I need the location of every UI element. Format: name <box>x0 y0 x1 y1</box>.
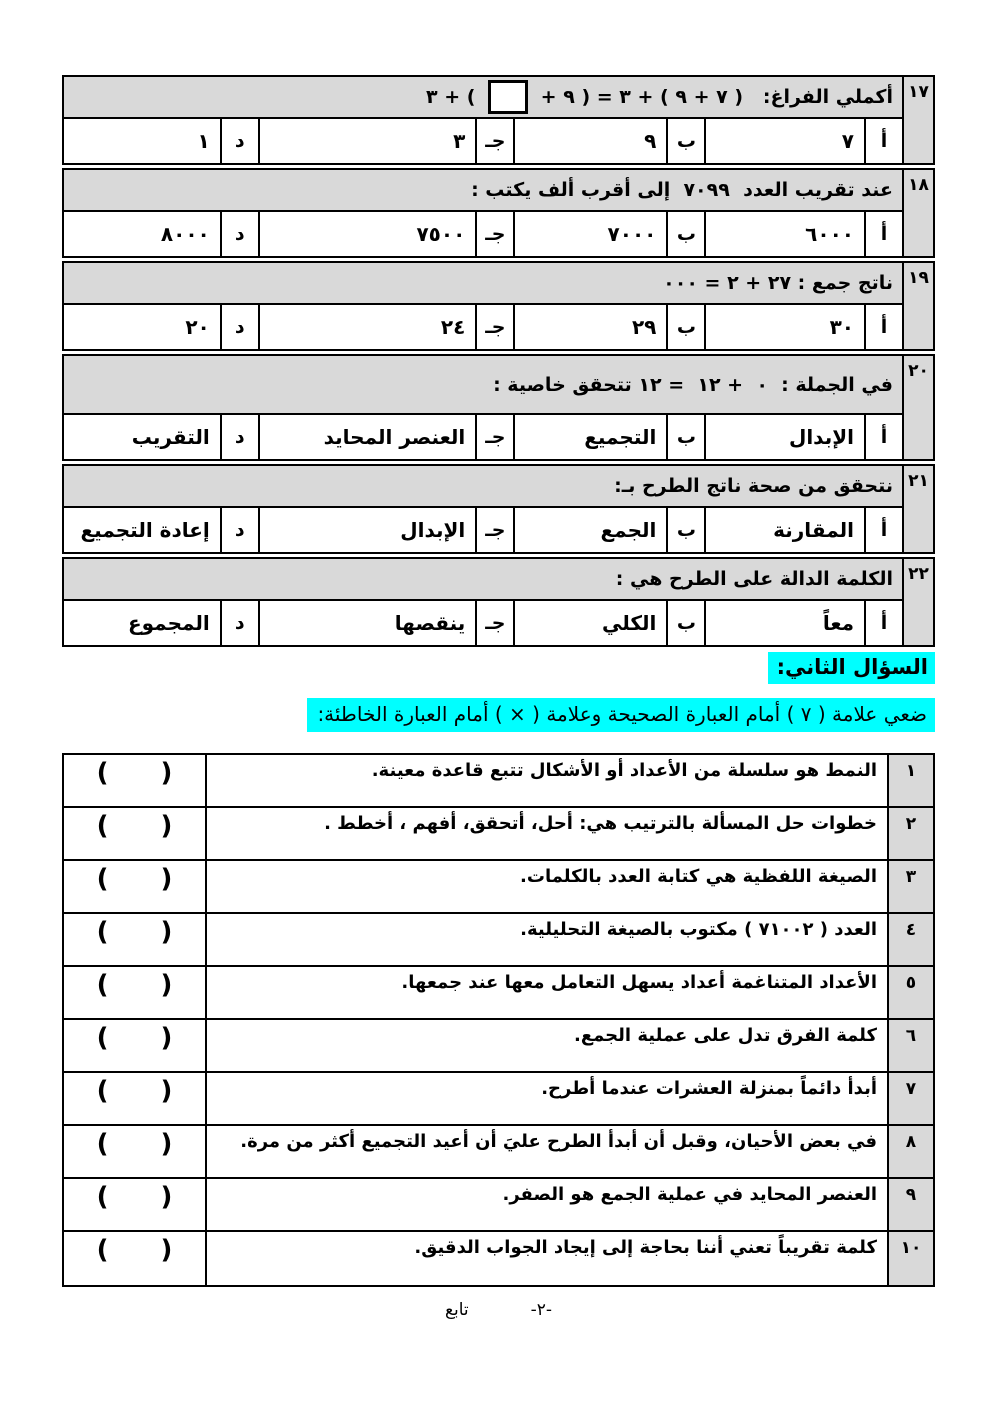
option-value-b: ٩ <box>513 119 666 163</box>
paren-open: ( <box>97 811 109 859</box>
option-value-b: الكلي <box>513 601 666 645</box>
true-false-row: ١٠ كلمة تقريباً تعني أننا بحاجة إلى إيجا… <box>64 1232 933 1285</box>
option-value-c: ٧٥٠٠ <box>258 212 476 256</box>
option-letter-d: د <box>220 601 258 645</box>
option-value-c: العنصر المحايد <box>258 415 476 459</box>
item-number: ٩ <box>887 1179 933 1230</box>
option-value-a: ٧ <box>704 119 864 163</box>
true-false-row: ٢ خطوات حل المسألة بالترتيب هي: أحل، أتح… <box>64 808 933 861</box>
option-letter-b: ب <box>666 212 704 256</box>
paren-open: ( <box>97 1129 109 1177</box>
option-value-a: المقارنة <box>704 508 864 552</box>
option-letter-c: جـ <box>475 212 513 256</box>
option-letter-b: ب <box>666 415 704 459</box>
question-text: نتحقق من صحة ناتج الطرح بـ: <box>64 466 902 508</box>
mcq-question-17: ١٧ أكملي الفراغ: ( ٧ + ٩ ) + ٣ = ( ٩ + )… <box>62 75 935 165</box>
option-letter-a: أ <box>864 119 902 163</box>
question-number: ١٩ <box>902 263 933 349</box>
option-letter-a: أ <box>864 212 902 256</box>
statement-text: أبدأ دائماً بمنزلة العشرات عندما أطرح. <box>205 1073 887 1124</box>
paren-open: ( <box>97 1023 109 1071</box>
option-letter-d: د <box>220 305 258 349</box>
statement-text: خطوات حل المسألة بالترتيب هي: أحل، أتحقق… <box>205 808 887 859</box>
option-letter-a: أ <box>864 508 902 552</box>
mcq-question-22: ٢٢ الكلمة الدالة على الطرح هي : أ معاً ب… <box>62 557 935 647</box>
option-value-d: التقريب <box>64 415 220 459</box>
statement-text: كلمة الفرق تدل على عملية الجمع. <box>205 1020 887 1071</box>
question-text-after-blank: ) + ٣ <box>426 86 482 108</box>
option-letter-a: أ <box>864 601 902 645</box>
answer-parentheses: ( ) <box>64 1232 205 1285</box>
section-two-title: السؤال الثاني: <box>768 652 935 684</box>
statement-text: الأعداد المتناغمة أعداد يسهل التعامل معه… <box>205 967 887 1018</box>
answer-parentheses: ( ) <box>64 1020 205 1071</box>
option-letter-d: د <box>220 508 258 552</box>
mcq-question-21: ٢١ نتحقق من صحة ناتج الطرح بـ: أ المقارن… <box>62 464 935 554</box>
question-text-before-blank: أكملي الفراغ: ( ٧ + ٩ ) + ٣ = ( ٩ + <box>534 86 893 108</box>
mcq-table: ١٧ أكملي الفراغ: ( ٧ + ٩ ) + ٣ = ( ٩ + )… <box>62 75 935 647</box>
option-letter-a: أ <box>864 415 902 459</box>
option-letter-c: جـ <box>475 601 513 645</box>
paren-close: ) <box>161 811 173 859</box>
paren-close: ) <box>161 1076 173 1124</box>
option-letter-d: د <box>220 119 258 163</box>
question-text: ناتج جمع : ٢٧ + ٢ = ٠٠٠ <box>64 263 902 305</box>
page-number: -٢- <box>531 1300 552 1320</box>
question-number: ٢١ <box>902 466 933 552</box>
question-number: ٢٢ <box>902 559 933 645</box>
option-letter-b: ب <box>666 601 704 645</box>
item-number: ٢ <box>887 808 933 859</box>
answer-parentheses: ( ) <box>64 914 205 965</box>
option-value-a: ٣٠ <box>704 305 864 349</box>
paren-open: ( <box>97 864 109 912</box>
paren-close: ) <box>161 917 173 965</box>
paren-open: ( <box>97 1076 109 1124</box>
paren-open: ( <box>97 1182 109 1230</box>
statement-text: الصيغة اللفظية هي كتابة العدد بالكلمات. <box>205 861 887 912</box>
true-false-row: ٩ العنصر المحايد في عملية الجمع هو الصفر… <box>64 1179 933 1232</box>
statement-text: النمط هو سلسلة من الأعداد أو الأشكال تتب… <box>205 755 887 806</box>
answer-parentheses: ( ) <box>64 1179 205 1230</box>
true-false-row: ٦ كلمة الفرق تدل على عملية الجمع. ( ) <box>64 1020 933 1073</box>
option-value-b: التجميع <box>513 415 666 459</box>
answer-parentheses: ( ) <box>64 967 205 1018</box>
true-false-row: ١ النمط هو سلسلة من الأعداد أو الأشكال ت… <box>64 755 933 808</box>
paren-open: ( <box>97 917 109 965</box>
paren-close: ) <box>161 1235 173 1285</box>
true-false-table: ١ النمط هو سلسلة من الأعداد أو الأشكال ت… <box>62 753 935 1287</box>
option-value-a: ٦٠٠٠ <box>704 212 864 256</box>
statement-text: في بعض الأحيان، وقبل أن أبدأ الطرح عليَ … <box>205 1126 887 1177</box>
option-value-c: الإبدال <box>258 508 476 552</box>
paren-open: ( <box>97 1235 109 1285</box>
mcq-question-19: ١٩ ناتج جمع : ٢٧ + ٢ = ٠٠٠ أ ٣٠ ب ٢٩ جـ … <box>62 261 935 351</box>
question-number: ٢٠ <box>902 356 933 459</box>
option-letter-c: جـ <box>475 415 513 459</box>
option-value-d: ١ <box>64 119 220 163</box>
option-value-d: ٨٠٠٠ <box>64 212 220 256</box>
paren-open: ( <box>97 758 109 806</box>
option-letter-a: أ <box>864 305 902 349</box>
mcq-question-20: ٢٠ في الجملة : ٠ + ١٢ = ١٢ تتحقق خاصية :… <box>62 354 935 461</box>
true-false-row: ٤ العدد ( ٧١٠٠٢ ) مكتوب بالصيغة التحليلي… <box>64 914 933 967</box>
page-footer: -٢- تابع <box>62 1300 935 1320</box>
option-letter-d: د <box>220 415 258 459</box>
paren-close: ) <box>161 970 173 1018</box>
continued-label: تابع <box>445 1300 469 1320</box>
option-value-a: معاً <box>704 601 864 645</box>
option-letter-c: جـ <box>475 508 513 552</box>
answer-parentheses: ( ) <box>64 1073 205 1124</box>
option-value-b: ٢٩ <box>513 305 666 349</box>
question-number: ١٨ <box>902 170 933 256</box>
option-value-d: ٢٠ <box>64 305 220 349</box>
statement-text: العنصر المحايد في عملية الجمع هو الصفر. <box>205 1179 887 1230</box>
exam-page: ١٧ أكملي الفراغ: ( ٧ + ٩ ) + ٣ = ( ٩ + )… <box>62 75 935 1320</box>
statement-text: كلمة تقريباً تعني أننا بحاجة إلى إيجاد ا… <box>205 1232 887 1285</box>
option-value-a: الإبدال <box>704 415 864 459</box>
option-value-b: ٧٠٠٠ <box>513 212 666 256</box>
true-false-row: ٧ أبدأ دائماً بمنزلة العشرات عندما أطرح.… <box>64 1073 933 1126</box>
item-number: ٥ <box>887 967 933 1018</box>
option-value-c: ينقصها <box>258 601 476 645</box>
paren-close: ) <box>161 1129 173 1177</box>
option-value-c: ٢٤ <box>258 305 476 349</box>
question-text: أكملي الفراغ: ( ٧ + ٩ ) + ٣ = ( ٩ + ) + … <box>64 77 902 119</box>
option-letter-d: د <box>220 212 258 256</box>
mcq-question-18: ١٨ عند تقريب العدد ٧٠٩٩ إلى أقرب ألف يكت… <box>62 168 935 258</box>
item-number: ١٠ <box>887 1232 933 1285</box>
paren-open: ( <box>97 970 109 1018</box>
paren-close: ) <box>161 1023 173 1071</box>
answer-parentheses: ( ) <box>64 861 205 912</box>
question-text: في الجملة : ٠ + ١٢ = ١٢ تتحقق خاصية : <box>64 356 902 415</box>
answer-parentheses: ( ) <box>64 755 205 806</box>
option-letter-b: ب <box>666 508 704 552</box>
option-letter-b: ب <box>666 305 704 349</box>
instruction-text: ضعي علامة ( ٧ ) أمام العبارة الصحيحة وعل… <box>307 698 935 732</box>
item-number: ٦ <box>887 1020 933 1071</box>
option-value-d: المجموع <box>64 601 220 645</box>
option-value-d: إعادة التجميع <box>64 508 220 552</box>
true-false-row: ٥ الأعداد المتناغمة أعداد يسهل التعامل م… <box>64 967 933 1020</box>
option-letter-c: جـ <box>475 119 513 163</box>
statement-text: العدد ( ٧١٠٠٢ ) مكتوب بالصيغة التحليلية. <box>205 914 887 965</box>
paren-close: ) <box>161 1182 173 1230</box>
item-number: ٨ <box>887 1126 933 1177</box>
answer-blank-box <box>488 80 528 114</box>
true-false-row: ٨ في بعض الأحيان، وقبل أن أبدأ الطرح علي… <box>64 1126 933 1179</box>
option-letter-c: جـ <box>475 305 513 349</box>
item-number: ٧ <box>887 1073 933 1124</box>
item-number: ٣ <box>887 861 933 912</box>
item-number: ١ <box>887 755 933 806</box>
paren-close: ) <box>161 758 173 806</box>
option-value-c: ٣ <box>258 119 476 163</box>
question-text: عند تقريب العدد ٧٠٩٩ إلى أقرب ألف يكتب : <box>64 170 902 212</box>
true-false-row: ٣ الصيغة اللفظية هي كتابة العدد بالكلمات… <box>64 861 933 914</box>
item-number: ٤ <box>887 914 933 965</box>
paren-close: ) <box>161 864 173 912</box>
answer-parentheses: ( ) <box>64 808 205 859</box>
option-letter-b: ب <box>666 119 704 163</box>
option-value-b: الجمع <box>513 508 666 552</box>
question-number: ١٧ <box>902 77 933 163</box>
question-text: الكلمة الدالة على الطرح هي : <box>64 559 902 601</box>
answer-parentheses: ( ) <box>64 1126 205 1177</box>
